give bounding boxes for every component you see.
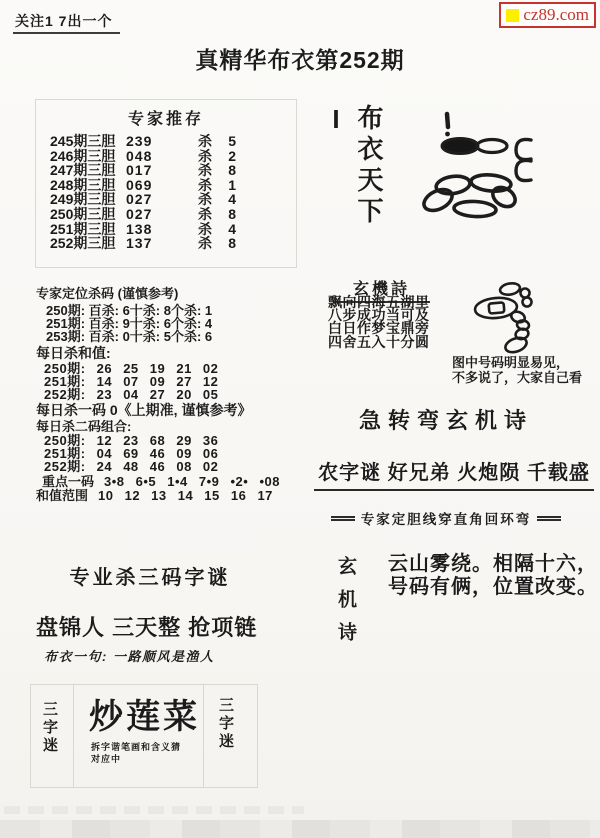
kill-label: 杀 [170,207,212,222]
daily-kill-one-line: 每日杀一码 0《上期准, 谨慎参考》 [36,404,251,417]
key-one-values: 3•8 6•5 1•4 7•9 •2• •08 [104,475,280,488]
poem-line: 四舍五入十分圆 [328,336,430,349]
issue-cell: 245期三胆 [50,134,126,149]
key-one-line: 重点一码 3•8 6•5 1•4 7•9 •2• •08 [42,475,280,488]
table-row: 247期三胆 017 杀 8 [50,163,296,178]
expert-recommend-rows: 245期三胆 239 杀 5 246期三胆 048 杀 2 247期三胆 017… [36,134,296,251]
kill-label: 杀 [170,236,212,251]
dan-cell: 048 [126,149,170,164]
issue-cell: 247期三胆 [50,163,126,178]
sum-range-line: 和值范围 10 12 13 14 15 16 17 [36,489,273,502]
buyi-sentence: 布衣一句: 一路顺风是渔人 [44,646,214,665]
dan-cell: 138 [126,222,170,237]
dan-cell: 027 [126,192,170,207]
sum-range-values: 10 12 13 14 15 16 17 [98,489,273,502]
table-row: 246期三胆 048 杀 2 [50,149,296,164]
expert-recommend-title: 专家推存 [36,106,296,129]
three-code-riddle: 盘锦人 三天整 抢项链 [36,611,257,642]
kill-cell: 8 [212,236,236,251]
table-row: 245期三胆 239 杀 5 [50,134,296,149]
sketch-note-line2: 不多说了，大家自己看 [452,370,582,385]
daily-two-title: 每日杀二码组合: [36,420,131,433]
table-row: 249期三胆 027 杀 4 [50,192,296,207]
box-divider [203,685,204,787]
kill-label: 杀 [170,192,212,207]
three-char-riddle-box: 三字迷 炒莲菜 拆字谐笔画和含义猜 对应中 三字迷 [30,684,258,788]
sharp-turn-riddle: 农字谜 好兄弟 火炮陨 千载盛 [314,456,594,491]
kill-label: 杀 [170,222,212,237]
dan-cell: 137 [126,236,170,251]
xuanji-poem: 飘向四海五湖里 八步成功当可及 白日作梦宝鼎旁 四舍五入十分圆 [328,296,430,349]
issue-cell: 250期三胆 [50,207,126,222]
bottom-scan-band [0,820,600,838]
badge-square-icon [506,9,519,22]
kill-cell: 1 [212,178,236,193]
hand-sketch-top [393,100,578,235]
daily-two-row: 252期: 24 48 46 08 02 [44,460,218,473]
kill-cell: 4 [212,222,236,237]
issue-cell: 252期三胆 [50,236,126,251]
position-kill-title: 专家定位杀码 (谨慎参考) [36,287,178,300]
daily-sum-row: 252期: 23 04 27 20 05 [44,388,218,401]
three-char-answer: 炒莲菜 [89,689,200,738]
table-row: 248期三胆 069 杀 1 [50,178,296,193]
kill-cell: 4 [212,192,236,207]
sum-range-label: 和值范围 [36,489,88,502]
kill-cell: 8 [212,163,236,178]
expert-recommend-box: 专家推存 245期三胆 239 杀 5 246期三胆 048 杀 2 247期三… [35,99,297,268]
issue-cell: 248期三胆 [50,178,126,193]
divider-dash-icon [537,516,561,521]
buyi-tianxia-title: 布衣天下I [320,104,388,249]
three-char-note-line1: 拆字谐笔画和含义猜 [91,741,181,753]
dan-cell: 239 [126,134,170,149]
three-char-note: 拆字谐笔画和含义猜 对应中 [91,741,181,765]
kill-label: 杀 [170,163,212,178]
divider-dash-icon [331,516,355,521]
three-char-left-label: 三字迷 [39,701,60,755]
kill-label: 杀 [170,134,212,149]
page-title: 真精华布衣第252期 [0,42,600,75]
dan-cell: 027 [126,207,170,222]
kill-cell: 2 [212,149,236,164]
issue-cell: 249期三胆 [50,192,126,207]
divider-text: 专家定胆线穿直角回环弯 [361,508,532,528]
daily-sum-title: 每日杀和值: [36,347,111,360]
dan-cell: 069 [126,178,170,193]
three-char-right-label: 三字迷 [215,697,236,751]
scan-ghost-smudge [4,806,304,814]
site-badge-text: cz89.com [523,5,589,25]
dan-cell: 017 [126,163,170,178]
issue-cell: 246期三胆 [50,149,126,164]
sketch-note-line1: 图中号码明显易见， [452,355,582,370]
kill-cell: 5 [212,134,236,149]
three-code-riddle-title: 专业杀三码字谜 [30,561,270,590]
hand-sketch-coin [465,277,545,355]
table-row: 252期三胆 137 杀 8 [50,236,296,251]
expert-dingdan-divider: 专家定胆线穿直角回环弯 [330,508,562,528]
kill-label: 杀 [170,178,212,193]
position-kill-row: 253期: 百杀: 0十杀: 5个杀: 6 [46,330,212,343]
focus-note: 关注1 7出一个 [13,11,120,34]
xuanji-box-line2: 号码有俩，位置改变。 [388,570,598,599]
issue-cell: 251期三胆 [50,222,126,237]
lottery-sheet-page: 关注1 7出一个 cz89.com 真精华布衣第252期 专家推存 245期三胆… [0,0,600,838]
table-row: 251期三胆 138 杀 4 [50,222,296,237]
key-one-label: 重点一码 [42,475,94,488]
three-char-note-line2: 对应中 [91,753,181,765]
xuanji-box-title: 玄机诗 [332,556,359,655]
kill-label: 杀 [170,149,212,164]
table-row: 250期三胆 027 杀 8 [50,207,296,222]
sketch-note: 图中号码明显易见， 不多说了，大家自己看 [452,355,582,385]
kill-cell: 8 [212,207,236,222]
site-badge[interactable]: cz89.com [499,2,596,28]
box-divider [73,685,74,787]
sharp-turn-title: 急转弯玄机诗 [300,404,592,435]
